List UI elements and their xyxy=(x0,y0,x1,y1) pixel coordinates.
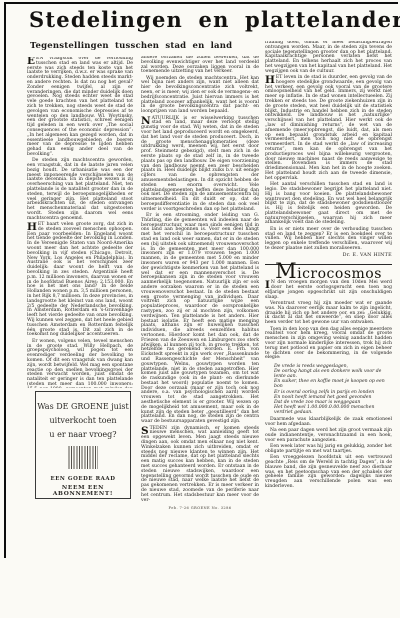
top-rule xyxy=(4,2,398,4)
paragraph: HET leven in de stad is duurder, een gev… xyxy=(265,76,392,182)
article-column-1: EEN vraagstuk over de verhouding tussche… xyxy=(27,57,133,388)
paragraph: IN den vroegen morgen van den 10den Mei … xyxy=(265,281,392,300)
drop-cap: N xyxy=(141,117,151,126)
paragraph: STEDEN zijn dynamisch, er komen steeds n… xyxy=(141,427,259,502)
paragraph: Verontrust vroeg hij zijn moeder wat er … xyxy=(265,302,392,326)
paragraph-text: TEDEN zijn dynamisch, er komen steeds ni… xyxy=(141,426,259,502)
paragraph: EEN vraagstuk over de verhouding tussche… xyxy=(27,57,133,158)
drop-cap: E xyxy=(27,57,35,66)
paragraph: En is er niets meer over de verhouding t… xyxy=(265,228,392,252)
microcosmos-title: Microcosmos xyxy=(265,269,392,277)
paragraph-text: N den vroegen morgen van den 10den Mei w… xyxy=(265,280,392,299)
drop-cap: I xyxy=(265,281,270,290)
ad-tagline: EEN GOEDE RAAD xyxy=(36,476,130,482)
child-poem: De vrede is reeds weggeslagen, De oorlog… xyxy=(274,364,392,415)
paragraph: Er wonen, volgens velen, teveel menschen… xyxy=(27,340,133,388)
paragraph: NATUURLIJK is er wisselwerking tusschen … xyxy=(141,117,259,213)
article-column-3: fraaiing doen, omdat er meer belastingbe… xyxy=(265,41,392,503)
paragraph-text: ATUURLIJK is er wisselwerking tusschen s… xyxy=(141,116,259,212)
article-column-2: andere oorzaken die zullen bewerken, dat… xyxy=(141,56,259,502)
poem-line: De oorlog hangt als een donkere wolk voo… xyxy=(274,369,392,379)
paragraph-text: ET leven in de stad is duurder, een gevo… xyxy=(265,75,392,181)
left-edge-rule xyxy=(4,2,6,558)
paragraph-text: EN vraagstuk over de verhouding tusschen… xyxy=(27,57,133,157)
paragraph: Na een paar dagen werd het zijn groot ve… xyxy=(265,429,392,443)
ad-tagline: NEEM EEN ABONNEMENT! xyxy=(36,485,130,497)
paragraph: Een vroeggelezen hoofdstuk uit een vertr… xyxy=(265,456,392,490)
paragraph: Wij noemden de steden machtscentra. Het … xyxy=(141,77,259,115)
newspaper-page: Stedelingen en plattelanders Tegenstelli… xyxy=(0,0,400,618)
paragraph: De steden zijn machtscentra geworden, ee… xyxy=(27,159,133,221)
ad-fineprint-graphic xyxy=(68,446,98,469)
drop-cap: H xyxy=(27,223,37,232)
page-title: Stedelingen en plattelanders xyxy=(29,7,400,32)
drop-cap: S xyxy=(141,427,149,436)
paragraph: HET baart velen groote zorg, dat zich in… xyxy=(27,223,133,338)
paragraph: Het aantal verschillen tusschen stad en … xyxy=(265,183,392,226)
paragraph-text: ET baart velen groote zorg, dat zich in … xyxy=(27,222,133,337)
paragraph: fraaiing doen, omdat er meer belastingbe… xyxy=(265,41,392,75)
ad-line: u er naar vroeg? xyxy=(36,430,130,439)
drop-cap: H xyxy=(265,76,275,85)
paragraph: Daarmede was klaarblijkelijk de zaak emo… xyxy=(265,418,392,428)
paragraph: Toen in den loop van den dag alles eenig… xyxy=(265,328,392,362)
paragraph: Er is een strooming, onder leiding van G… xyxy=(141,214,259,425)
issue-footer: Feb. 7-26 GROENE No. 3286 xyxy=(141,506,259,510)
ad-line: Was DE GROENE juist xyxy=(36,402,130,411)
page-subtitle: Tegenstellingen tusschen stad en land xyxy=(30,41,232,51)
poem-line: En suiker, thee en koffie moet je koopen… xyxy=(274,379,392,389)
paragraph: Een week later was hij jarig en gelukkig… xyxy=(265,445,392,455)
poem-line: Het heeft wel 1.00.000.0.00.000 menschen… xyxy=(274,405,392,415)
title-initial: M xyxy=(275,259,297,283)
paragraph: andere oorzaken die zullen bewerken, dat… xyxy=(141,56,259,75)
ad-line: uitverkocht toen xyxy=(36,416,130,425)
subscription-ad-box: Was DE GROENE juist uitverkocht toen u e… xyxy=(35,391,131,499)
